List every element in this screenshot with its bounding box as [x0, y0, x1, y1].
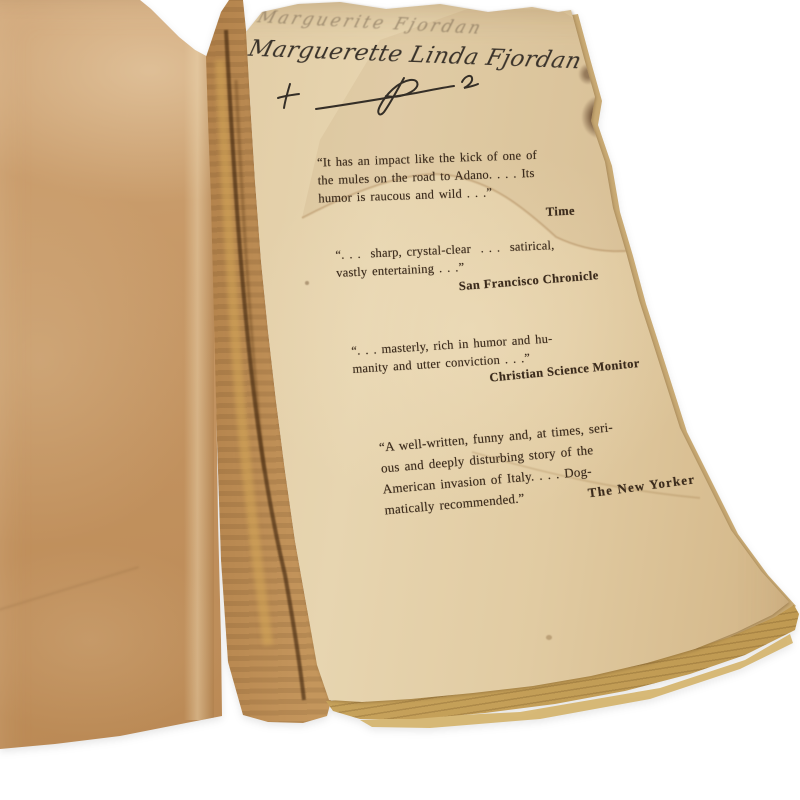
- inscription-scribble-marks: [266, 68, 501, 120]
- yellow-stain: [628, 196, 654, 226]
- open-book: Marguerite Fjordan Marguerette Linda Fjo…: [0, 0, 800, 800]
- speck-stain: [697, 385, 702, 390]
- small-stain-blob: [578, 63, 598, 85]
- page-wrapper: Marguerite Fjordan Marguerette Linda Fjo…: [0, 0, 800, 800]
- book-page: Marguerite Fjordan Marguerette Linda Fjo…: [0, 0, 800, 800]
- speck-stain: [305, 281, 309, 285]
- review-quote-time: “It has an impact like the kick of one o…: [317, 145, 577, 228]
- review-quote-sf-chronicle: “. . . sharp, crystal-clear . . . satiri…: [335, 234, 599, 295]
- speck-stain: [722, 447, 731, 455]
- speck-stain: [546, 635, 552, 640]
- book-photo: Marguerite Fjordan Marguerette Linda Fjo…: [0, 0, 800, 800]
- water-stain-tide-lines: [0, 0, 800, 800]
- dark-stain-blob: [581, 95, 619, 139]
